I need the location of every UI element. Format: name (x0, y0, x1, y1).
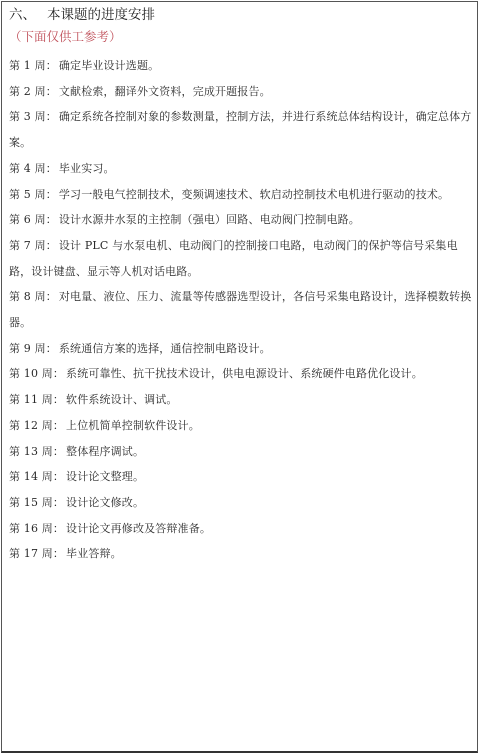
week-task: 上位机简单控制软件设计。 (66, 419, 200, 432)
week-label: 第 7 周： (9, 239, 57, 252)
week-task: 对电量、液位、压力、流量等传感器选型设计，各信号采集电路设计，选择模数转换器。 (9, 290, 471, 329)
week-label: 第 3 周： (9, 110, 57, 123)
schedule-item-week-4: 第 4 周：毕业实习。 (9, 156, 473, 182)
week-label: 第 5 周： (9, 188, 57, 201)
section-note: （下面仅供工参考） (9, 28, 473, 53)
week-label: 第 2 周： (9, 85, 57, 98)
week-task: 设计论文整理。 (66, 470, 144, 483)
section-title: 本课题的进度安排 (47, 7, 155, 23)
week-label: 第 6 周： (9, 213, 57, 226)
schedule-item-week-14: 第 14 周：设计论文整理。 (9, 464, 473, 490)
week-label: 第 4 周： (9, 162, 57, 175)
week-label: 第 11 周： (9, 393, 64, 406)
schedule-item-week-13: 第 13 周：整体程序调试。 (9, 439, 473, 465)
week-label: 第 15 周： (9, 496, 64, 509)
section-number: 六、 (9, 6, 47, 24)
week-task: 毕业答辩。 (66, 547, 122, 560)
week-task: 软件系统设计、调试。 (66, 393, 178, 406)
schedule-item-week-10: 第 10 周：系统可靠性、抗干扰技术设计，供电电源设计、系统硬件电路优化设计。 (9, 361, 473, 387)
week-label: 第 8 周： (9, 290, 57, 303)
week-task: 确定毕业设计选题。 (59, 59, 159, 72)
schedule-item-week-2: 第 2 周：文献检索，翻译外文资料，完成开题报告。 (9, 79, 473, 105)
week-label: 第 13 周： (9, 445, 64, 458)
week-task: 毕业实习。 (59, 162, 115, 175)
schedule-item-week-12: 第 12 周：上位机简单控制软件设计。 (9, 413, 473, 439)
week-task: 整体程序调试。 (66, 445, 144, 458)
document-table-cell: 六、本课题的进度安排 （下面仅供工参考） 第 1 周：确定毕业设计选题。 第 2… (1, 1, 478, 753)
week-task: 设计水源井水泵的主控制（强电）回路、电动阀门控制电路。 (59, 213, 360, 226)
section-heading: 六、本课题的进度安排 (9, 6, 473, 28)
week-task: 学习一般电气控制技术，变频调速技术、软启动控制技术电机进行驱动的技术。 (59, 188, 449, 201)
schedule-item-week-8: 第 8 周：对电量、液位、压力、流量等传感器选型设计，各信号采集电路设计，选择模… (9, 284, 473, 335)
schedule-section: 六、本课题的进度安排 （下面仅供工参考） 第 1 周：确定毕业设计选题。 第 2… (9, 6, 473, 567)
schedule-item-week-6: 第 6 周：设计水源井水泵的主控制（强电）回路、电动阀门控制电路。 (9, 207, 473, 233)
week-task: 设计论文再修改及答辩准备。 (66, 522, 211, 535)
schedule-item-week-9: 第 9 周：系统通信方案的选择，通信控制电路设计。 (9, 336, 473, 362)
week-task: 系统通信方案的选择，通信控制电路设计。 (59, 342, 271, 355)
schedule-item-week-7: 第 7 周：设计 PLC 与水泵电机、电动阀门的控制接口电路，电动阀门的保护等信… (9, 233, 473, 284)
week-label: 第 10 周： (9, 367, 64, 380)
week-task: 确定系统各控制对象的参数测量，控制方法，并进行系统总体结构设计，确定总体方案。 (9, 110, 471, 149)
schedule-item-week-11: 第 11 周：软件系统设计、调试。 (9, 387, 473, 413)
week-label: 第 12 周： (9, 419, 64, 432)
schedule-item-week-3: 第 3 周：确定系统各控制对象的参数测量，控制方法，并进行系统总体结构设计，确定… (9, 104, 473, 155)
week-task: 文献检索，翻译外文资料，完成开题报告。 (59, 85, 271, 98)
schedule-item-week-16: 第 16 周：设计论文再修改及答辩准备。 (9, 516, 473, 542)
week-label: 第 14 周： (9, 470, 64, 483)
week-label: 第 16 周： (9, 522, 64, 535)
week-label: 第 9 周： (9, 342, 57, 355)
schedule-item-week-15: 第 15 周：设计论文修改。 (9, 490, 473, 516)
schedule-item-week-5: 第 5 周：学习一般电气控制技术，变频调速技术、软启动控制技术电机进行驱动的技术… (9, 182, 473, 208)
schedule-item-week-1: 第 1 周：确定毕业设计选题。 (9, 53, 473, 79)
week-label: 第 1 周： (9, 59, 57, 72)
week-label: 第 17 周： (9, 547, 64, 560)
week-task: 设计论文修改。 (66, 496, 144, 509)
week-task: 设计 PLC 与水泵电机、电动阀门的控制接口电路，电动阀门的保护等信号采集电路，… (9, 239, 458, 278)
schedule-item-week-17: 第 17 周：毕业答辩。 (9, 541, 473, 567)
week-task: 系统可靠性、抗干扰技术设计，供电电源设计、系统硬件电路优化设计。 (66, 367, 423, 380)
